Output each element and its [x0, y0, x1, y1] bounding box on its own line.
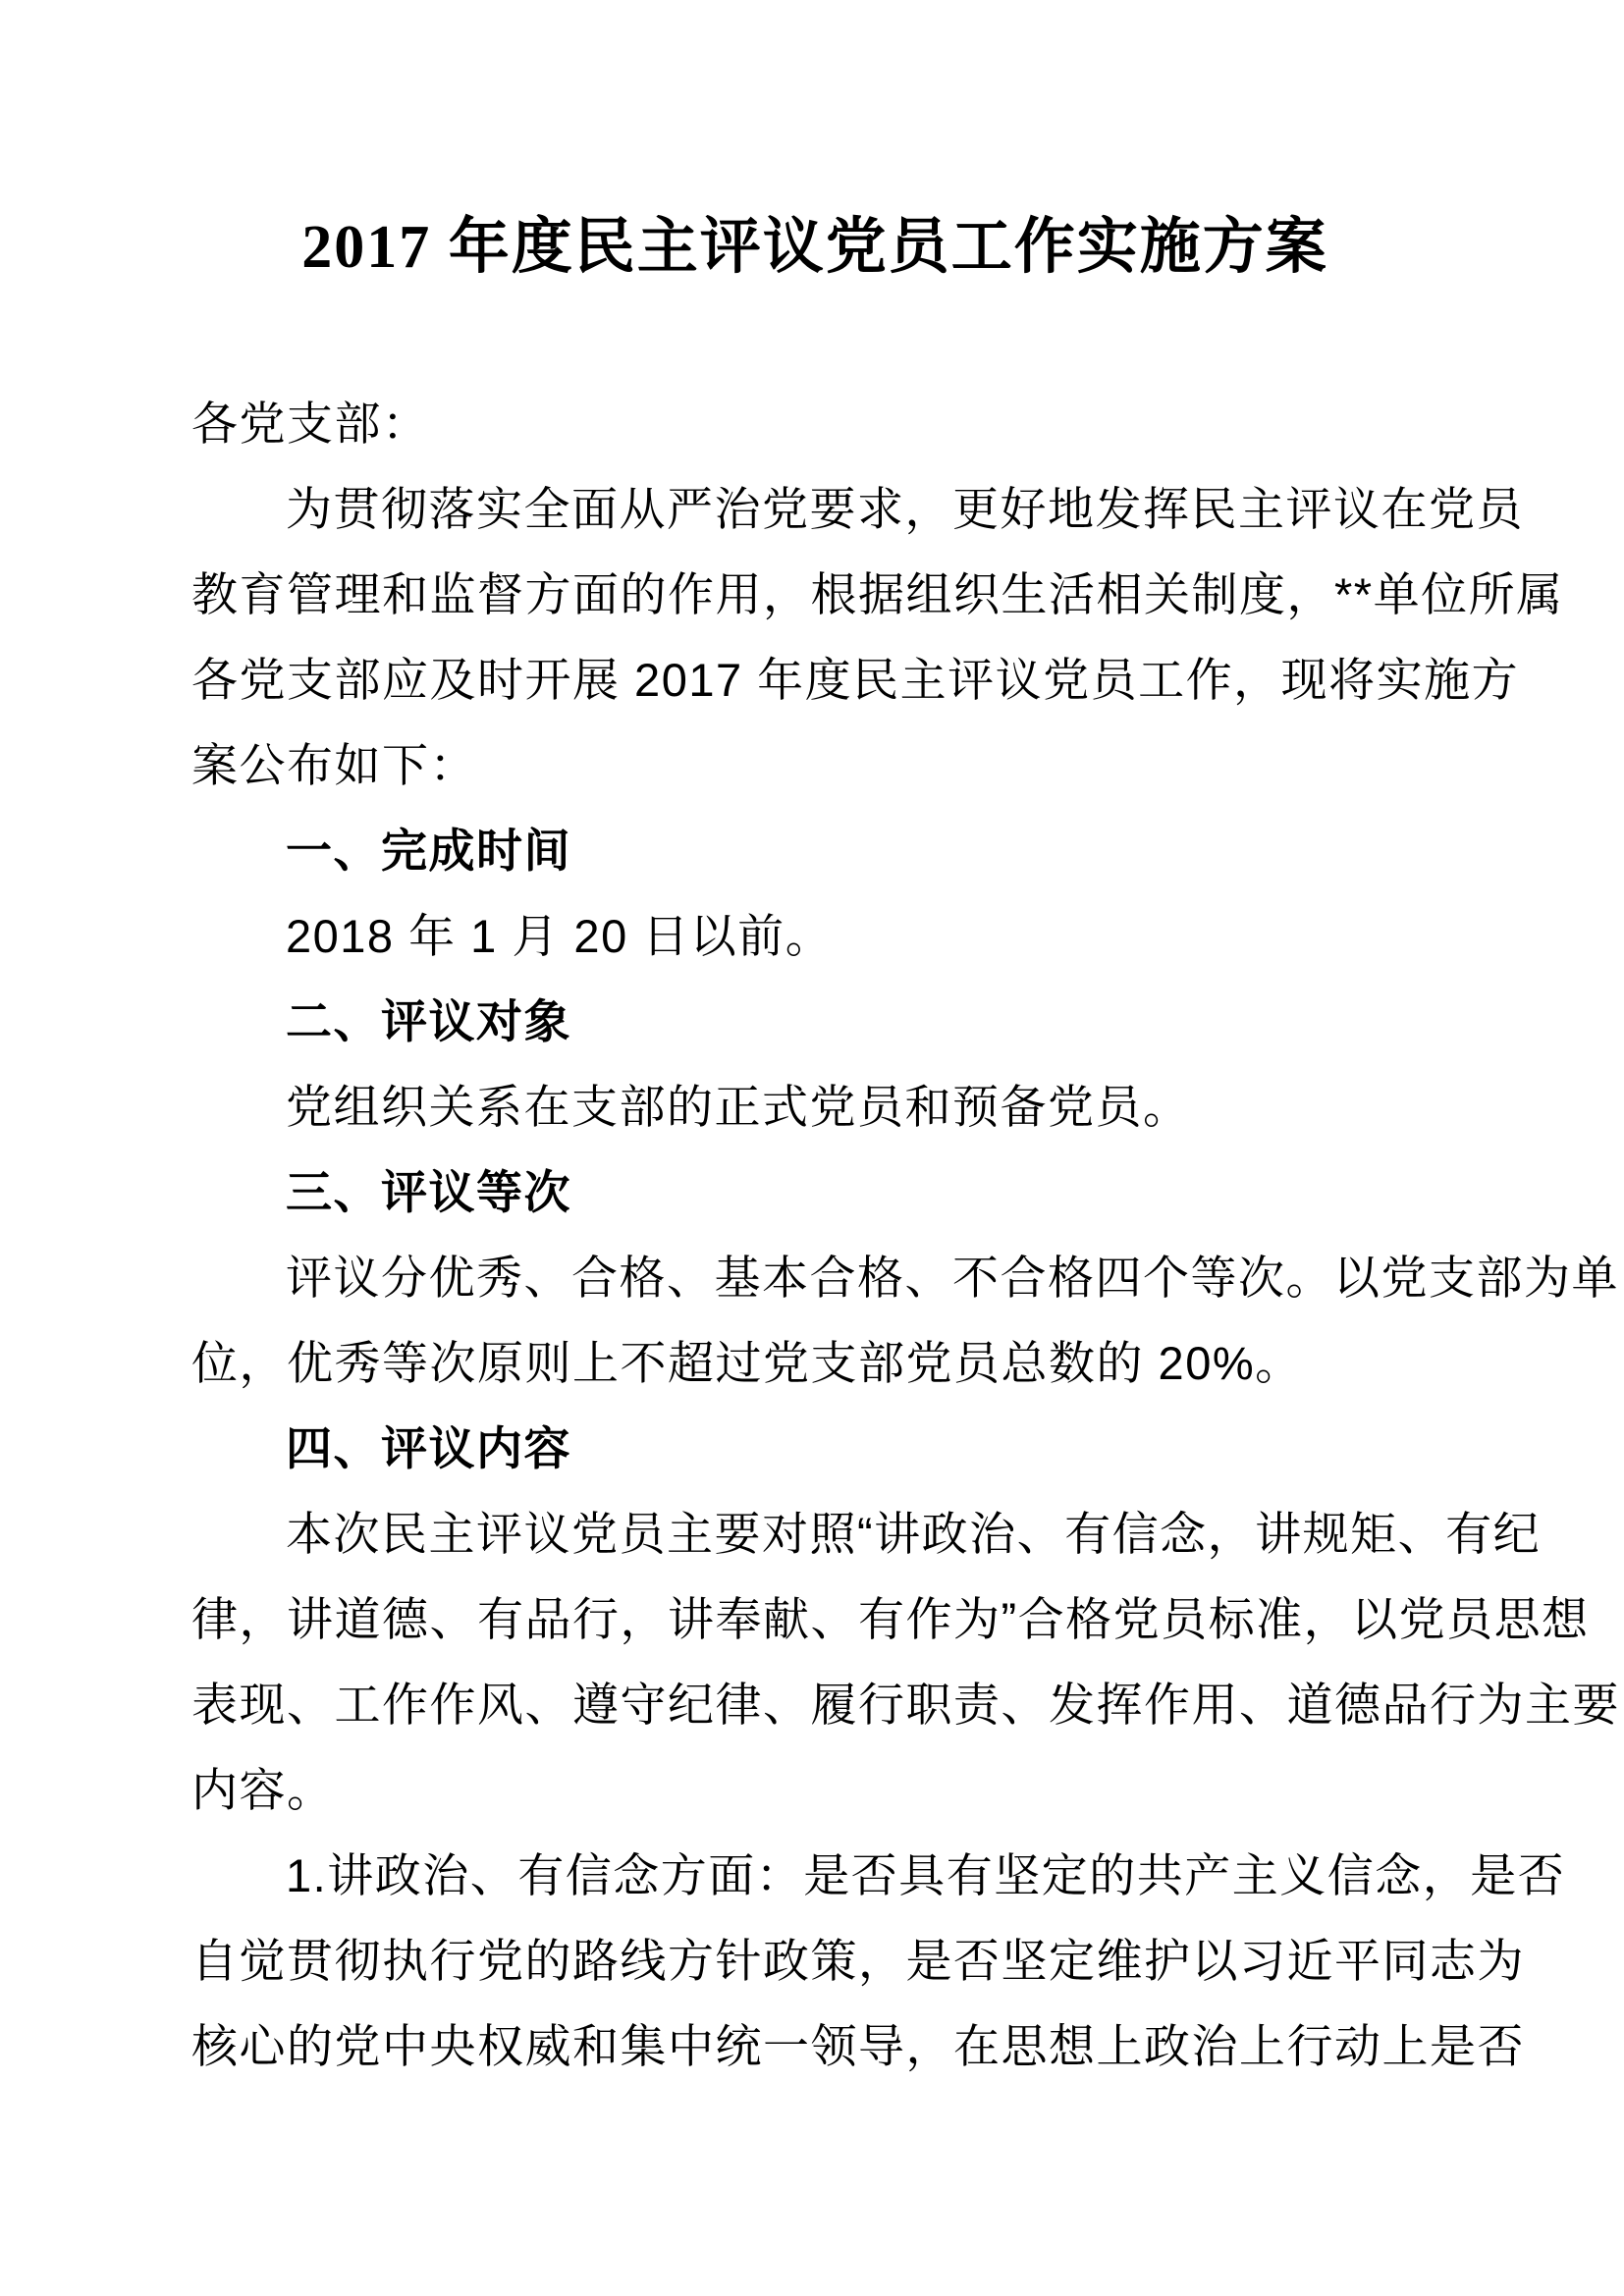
text-line: 各党支部应及时开展 2017 年度民主评议党员工作，现将实施方	[191, 637, 1497, 722]
text-line: 表现、工作作风、遵守纪律、履行职责、发挥作用、道德品行为主要	[191, 1662, 1497, 1747]
section-heading-line: 一、完成时间	[191, 808, 1497, 893]
section-heading-line: 二、评议对象	[191, 979, 1497, 1064]
document-body: 各党支部：为贯彻落实全面从严治党要求，更好地发挥民主评议在党员教育管理和监督方面…	[191, 381, 1497, 2089]
text-line: 位，优秀等次原则上不超过党支部党员总数的 20%。	[191, 1320, 1497, 1406]
text-line: 案公布如下：	[191, 722, 1497, 808]
text-line: 各党支部：	[191, 381, 1497, 466]
text-line: 2018 年 1 月 20 日以前。	[191, 893, 1497, 979]
text-line: 为贯彻落实全面从严治党要求，更好地发挥民主评议在党员	[191, 466, 1497, 552]
section-heading-line: 三、评议等次	[191, 1149, 1497, 1235]
text-line: 自觉贯彻执行党的路线方针政策，是否坚定维护以习近平同志为	[191, 1918, 1497, 2003]
document-page: 2017 年度民主评议党员工作实施方案 各党支部：为贯彻落实全面从严治党要求，更…	[0, 0, 1624, 2296]
text-line: 1.讲政治、有信念方面：是否具有坚定的共产主义信念，是否	[191, 1833, 1497, 1918]
section-heading-line: 四、评议内容	[191, 1406, 1497, 1491]
document-title: 2017 年度民主评议党员工作实施方案	[177, 208, 1453, 287]
text-line: 律，讲道德、有品行，讲奉献、有作为”合格党员标准，以党员思想	[191, 1576, 1497, 1662]
text-line: 党组织关系在支部的正式党员和预备党员。	[191, 1064, 1497, 1149]
text-line: 教育管理和监督方面的作用，根据组织生活相关制度，**单位所属	[191, 552, 1497, 637]
text-line: 本次民主评议党员主要对照“讲政治、有信念，讲规矩、有纪	[191, 1491, 1497, 1576]
text-line: 核心的党中央权威和集中统一领导，在思想上政治上行动上是否	[191, 2003, 1497, 2089]
text-line: 评议分优秀、合格、基本合格、不合格四个等次。以党支部为单	[191, 1235, 1497, 1320]
text-line: 内容。	[191, 1747, 1497, 1833]
